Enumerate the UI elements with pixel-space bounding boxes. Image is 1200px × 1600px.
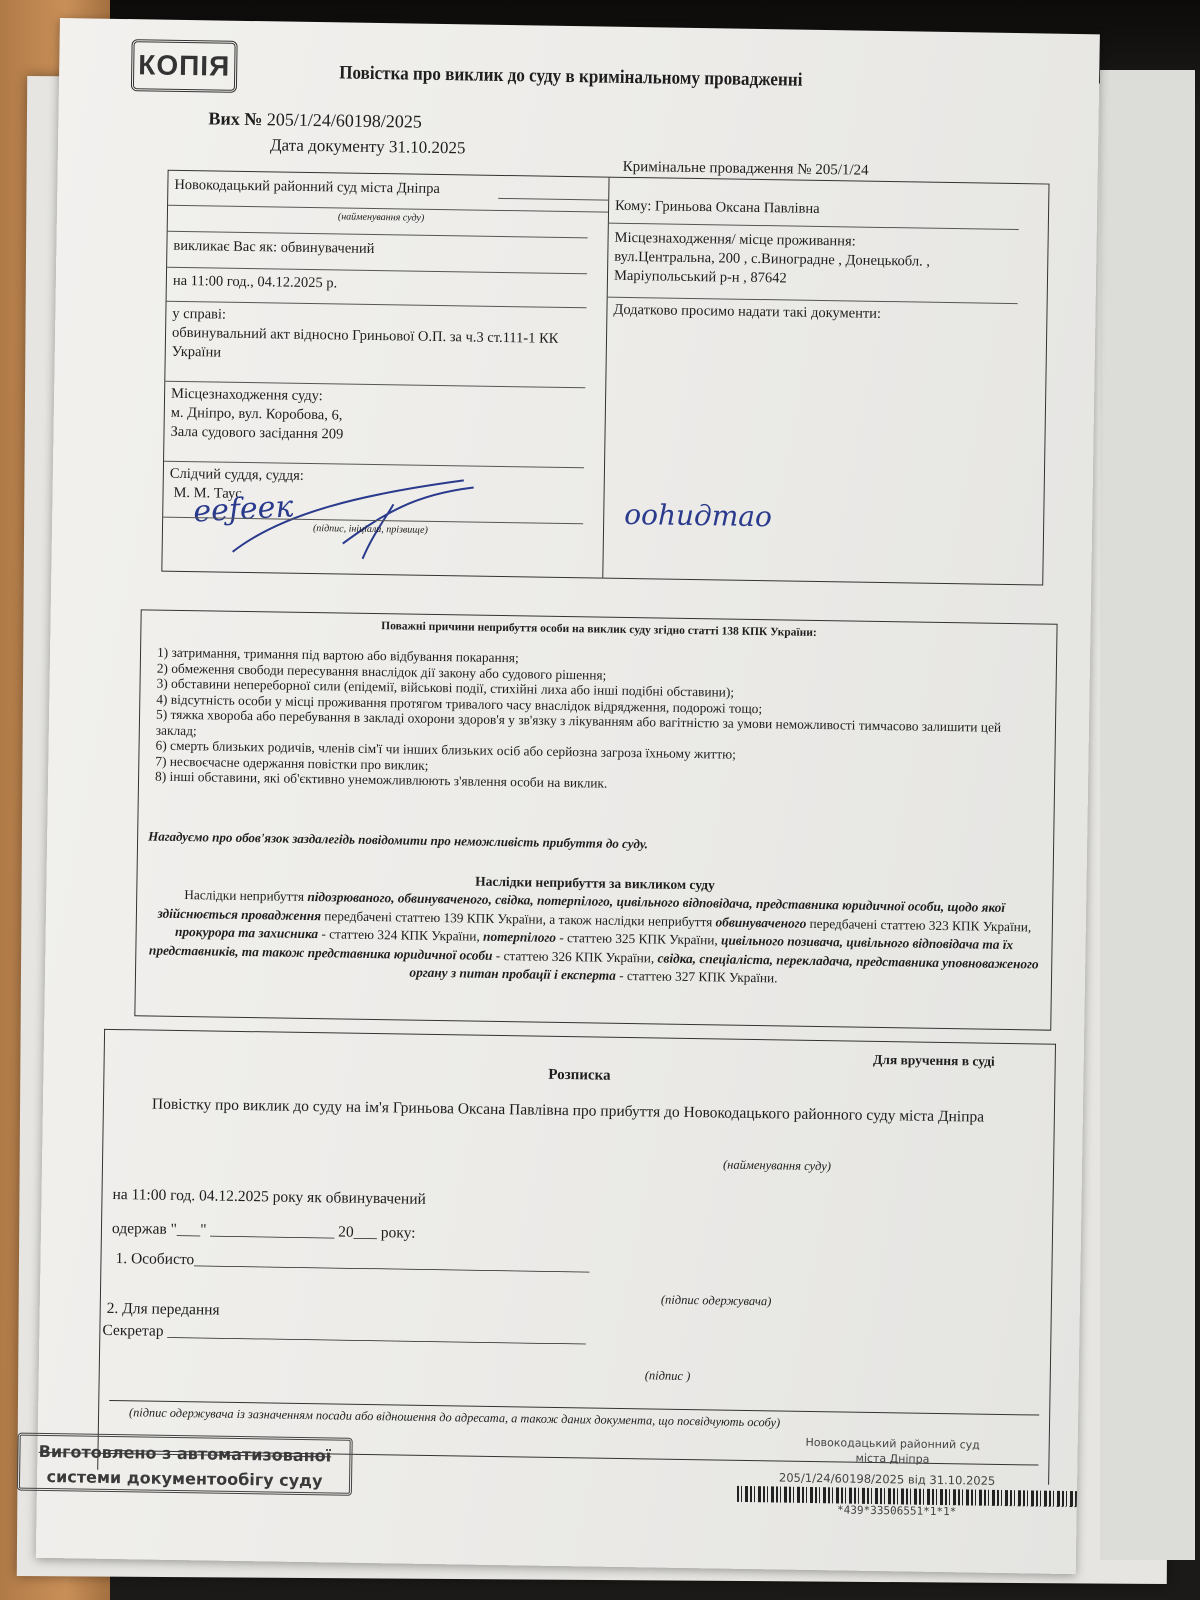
right-sheet bbox=[1100, 70, 1195, 1560]
summons-left-column: Новокодацький районний суд міста Дніпра … bbox=[162, 171, 609, 578]
sign-hint: (підпис ) bbox=[645, 1368, 691, 1384]
barcode-court: Новокодацький районний суд міста Дніпра bbox=[772, 1434, 1012, 1468]
delivery-note: Для вручення в суді bbox=[873, 1052, 995, 1070]
court-location-label: Місцезнаходження суду: bbox=[171, 385, 323, 406]
personally-line: 1. Особисто_____________________________… bbox=[115, 1250, 589, 1275]
receipt-court-hint: (найменування суду) bbox=[723, 1158, 831, 1175]
emphasis-text: обвинуваченого bbox=[715, 914, 806, 930]
recipient-signature: ооhидтао bbox=[624, 498, 772, 533]
recipient-sign-hint: (підпис одержувача) bbox=[661, 1293, 772, 1310]
receipt-box: Для вручення в суді Розписка Повістку пр… bbox=[97, 1029, 1056, 1485]
summoned-as: викликає Вас як: обвинувачений bbox=[173, 237, 374, 259]
plain-text: - статтею 326 КПК України, bbox=[492, 947, 657, 965]
court-address-line2: Зала судового засідання 209 bbox=[170, 423, 343, 445]
automated-stamp-line2: системи документообігу суду bbox=[20, 1464, 349, 1494]
outgoing-value: 205/1/24/60198/2025 bbox=[267, 109, 422, 131]
receipt-datetime: на 11:00 год. 04.12.2025 року як обвинув… bbox=[112, 1186, 426, 1209]
consequences-text: Наслідки неприбуття підозрюваного, обвин… bbox=[146, 885, 1042, 992]
document-date: Дата документу 31.10.2025 bbox=[270, 135, 466, 158]
recipient: Кому: Гриньова Оксана Павлівна bbox=[615, 197, 820, 219]
outgoing-number: Вих № 205/1/24/60198/2025 bbox=[208, 108, 422, 132]
documents-label: Додатково просимо надати такі документи: bbox=[613, 301, 881, 324]
residence-line2: Маріупольський р-н , 87642 bbox=[614, 267, 787, 289]
plain-text: Наслідки неприбуття bbox=[184, 887, 307, 904]
reminder: Нагадуємо про обов'язок заздалегідь пові… bbox=[148, 828, 648, 852]
summons-box: Новокодацький районний суд міста Дніпра … bbox=[161, 170, 1049, 586]
secretary-line: Секретар _______________________________… bbox=[102, 1322, 586, 1348]
rule bbox=[167, 301, 587, 309]
emphasis-text: потерпілого bbox=[483, 929, 556, 945]
signature-hint: (підпис, ініціали, прізвище) bbox=[313, 523, 428, 536]
summons-document: КОПІЯ Повістка про виклик до суду в крим… bbox=[36, 18, 1100, 1574]
plain-text: передбачені статтею 139 КПК України, а т… bbox=[321, 908, 716, 929]
outgoing-label: Вих № bbox=[208, 108, 262, 129]
valid-reasons-header: Поважні причини неприбуття особи на викл… bbox=[141, 616, 1056, 642]
summons-right-column: Кому: Гриньова Оксана Павлівна Місцезнах… bbox=[603, 193, 1039, 580]
court-name-hint: (найменування суду) bbox=[338, 211, 424, 223]
received-line: одержав "___" ________________ 20___ рок… bbox=[112, 1220, 416, 1243]
plain-text: - статтею 325 КПК України, bbox=[556, 930, 721, 948]
court-name: Новокодацький районний суд міста Дніпра bbox=[174, 176, 440, 199]
copy-stamp: КОПІЯ bbox=[131, 39, 238, 93]
for-transfer: 2. Для передання bbox=[107, 1300, 220, 1320]
plain-text: - статтею 327 КПК України. bbox=[616, 968, 778, 986]
automated-system-stamp: Виготовлено з автоматизованої системи до… bbox=[17, 1433, 353, 1496]
receipt-body: Повістку про виклик до суду на ім'я Грин… bbox=[124, 1094, 1034, 1128]
valid-reasons-box: Поважні причини неприбуття особи на викл… bbox=[134, 609, 1057, 1030]
plain-text: - статтею 324 КПК України, bbox=[318, 926, 483, 944]
summons-datetime: на 11:00 год., 04.12.2025 р. bbox=[173, 272, 338, 294]
case-label: у справі: bbox=[172, 305, 226, 325]
plain-text: передбачені статтею 323 КПК України, bbox=[806, 915, 1031, 934]
case-text: обвинувальний акт відносно Гриньової О.П… bbox=[172, 324, 611, 369]
document-title: Повістка про виклик до суду в кримінальн… bbox=[339, 62, 803, 91]
rule bbox=[498, 198, 608, 201]
valid-reasons-list: 1) затримання, тримання під вартою або в… bbox=[155, 645, 1037, 798]
barcode-reference: 205/1/24/60198/2025 від 31.10.2025 bbox=[757, 1470, 1017, 1488]
emphasis-text: прокурора та захисника bbox=[175, 924, 318, 941]
